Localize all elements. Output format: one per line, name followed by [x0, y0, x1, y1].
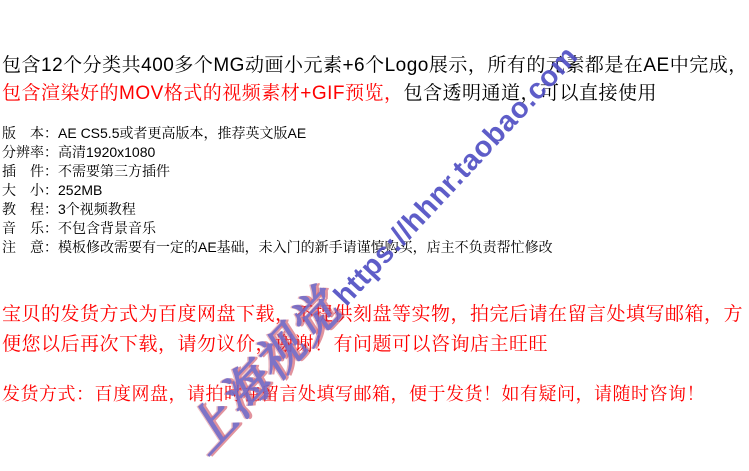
spec-label: 教 程： [2, 201, 58, 217]
spec-label: 注 意： [2, 239, 58, 255]
shipping-notice: 宝贝的发货方式为百度网盘下载，不提供刻盘等实物，拍完后请在留言处填写邮箱，方便您… [2, 300, 749, 360]
spec-row-music: 音 乐：不包含背景音乐 [2, 219, 749, 238]
spec-value: 3个视频教程 [58, 201, 136, 217]
spec-value: AE CS5.5或者更高版本，推荐英文版AE [58, 125, 306, 141]
spec-label: 大 小： [2, 182, 58, 198]
spec-label: 音 乐： [2, 220, 58, 236]
spec-row-version: 版 本：AE CS5.5或者更高版本，推荐英文版AE [2, 124, 749, 143]
spec-list: 版 本：AE CS5.5或者更高版本，推荐英文版AE 分辨率：高清1920x10… [2, 124, 749, 257]
spec-label: 插 件： [2, 163, 58, 179]
intro-paragraph: 包含12个分类共400多个MG动画小元素+6个Logo展示，所有的元素都是在AE… [2, 52, 749, 108]
intro-text-red: 包含渲染好的MOV格式的视频素材+GIF预览， [2, 83, 404, 104]
spec-label: 版 本： [2, 125, 58, 141]
spec-value: 模板修改需要有一定的AE基础，未入门的新手请谨慎购买，店主不负责帮忙修改 [58, 239, 553, 255]
spec-row-note: 注 意：模板修改需要有一定的AE基础，未入门的新手请谨慎购买，店主不负责帮忙修改 [2, 238, 749, 257]
spec-value: 252MB [58, 182, 102, 198]
spec-value: 不需要第三方插件 [58, 163, 170, 179]
spec-row-tutorial: 教 程：3个视频教程 [2, 200, 749, 219]
intro-text-black-1: 包含12个分类共400多个MG动画小元素+6个Logo展示，所有的元素都是在AE… [2, 55, 748, 76]
spec-label: 分辨率： [2, 144, 58, 160]
spec-row-plugins: 插 件：不需要第三方插件 [2, 162, 749, 181]
spec-value: 高清1920x1080 [58, 144, 155, 160]
intro-text-black-2: 包含透明通道，可以直接使用 [404, 83, 658, 104]
delivery-method-line: 发货方式：百度网盘，请拍时在留言处填写邮箱，便于发货！如有疑问，请随时咨询！ [2, 382, 749, 406]
spec-row-size: 大 小：252MB [2, 181, 749, 200]
spec-value: 不包含背景音乐 [58, 220, 156, 236]
spec-row-resolution: 分辨率：高清1920x1080 [2, 143, 749, 162]
product-description-page: 包含12个分类共400多个MG动画小元素+6个Logo展示，所有的元素都是在AE… [0, 0, 749, 471]
